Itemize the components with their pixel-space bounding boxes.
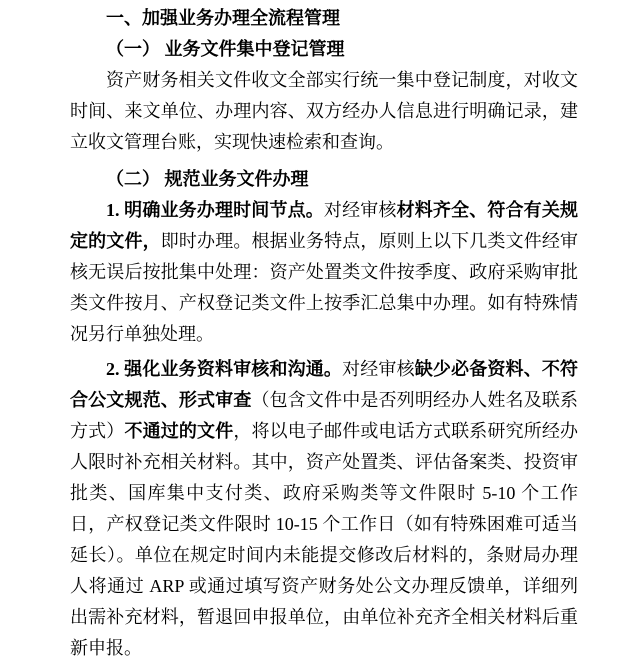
- paragraph-point1: 1. 明确业务办理时间节点。对经审核材料齐全、符合有关规定的文件，即时办理。根据…: [70, 195, 578, 350]
- text-run: （一） 业务文件集中登记管理: [106, 39, 345, 59]
- heading-level2-item2: （二） 规范业务文件办理: [70, 164, 578, 195]
- text-run: 资产财务相关文件收文全部实行统一集中登记制度，对收文时间、来文单位、办理内容、双…: [70, 70, 578, 152]
- text-run: 1. 明确业务办理时间节点。: [106, 200, 324, 220]
- text-run: 2. 强化业务资料审核和沟通。: [106, 359, 342, 379]
- text-run: 不通过的文件: [124, 421, 233, 441]
- text-run: （二） 规范业务文件办理: [106, 169, 309, 189]
- paragraph-registration: 资产财务相关文件收文全部实行统一集中登记制度，对收文时间、来文单位、办理内容、双…: [70, 65, 578, 158]
- text-run: 一、加强业务办理全流程管理: [106, 8, 340, 28]
- paragraph-point2: 2. 强化业务资料审核和沟通。对经审核缺少必备资料、不符合公文规范、形式审查（包…: [70, 354, 578, 664]
- heading-level1: 一、加强业务办理全流程管理: [70, 3, 578, 34]
- text-run: 对经审核: [342, 359, 415, 379]
- text-run: 对经审核: [324, 200, 397, 220]
- document-page: 一、加强业务办理全流程管理（一） 业务文件集中登记管理资产财务相关文件收文全部实…: [0, 0, 624, 667]
- text-run: ，将以电子邮件或电话方式联系研究所经办人限时补充相关材料。其中，资产处置类、评估…: [70, 421, 578, 658]
- heading-level2-item1: （一） 业务文件集中登记管理: [70, 34, 578, 65]
